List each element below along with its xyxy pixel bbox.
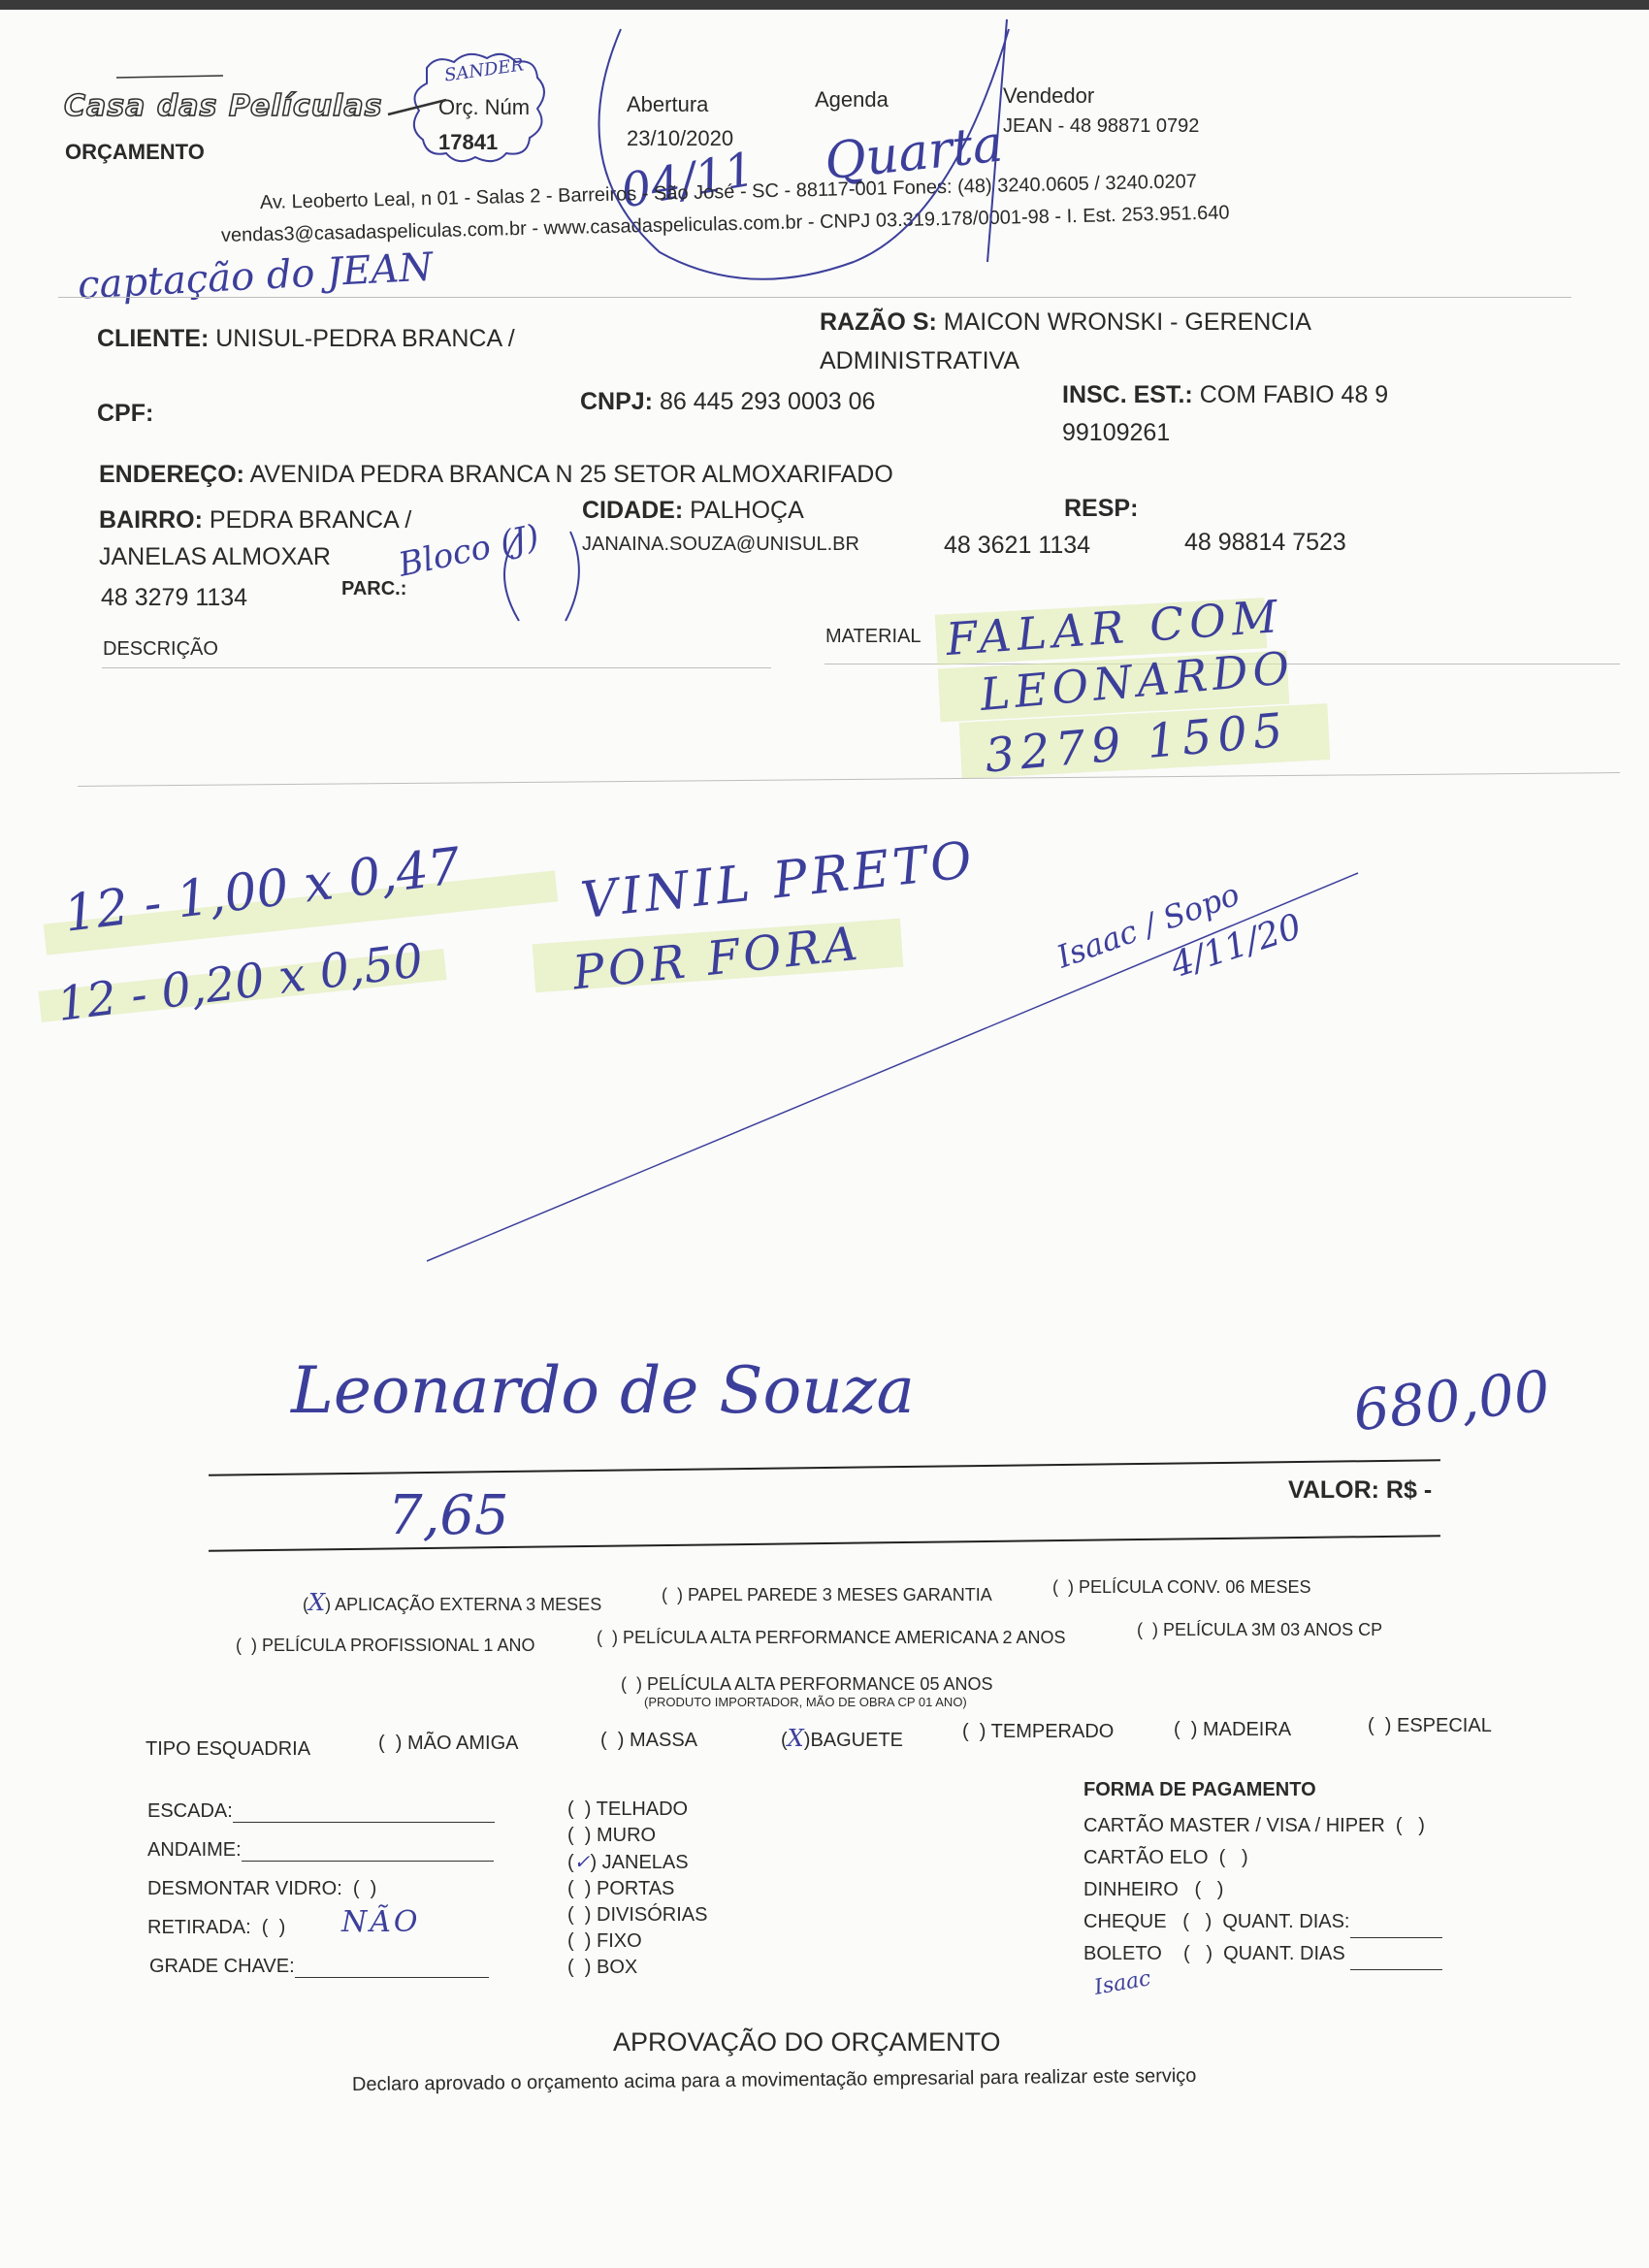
vendedor-value: JEAN - 48 98871 0792 — [1003, 115, 1199, 138]
valor-label: VALOR: R$ - — [1288, 1476, 1432, 1505]
location-option-checked[interactable]: (✓) JANELAS — [567, 1849, 707, 1876]
cliente-field: CLIENTE: UNISUL-PEDRA BRANCA / — [97, 325, 515, 353]
payment-option[interactable]: CHEQUE ( ) QUANT. DIAS: — [1083, 1906, 1442, 1938]
orc-num-label: Orç. Núm — [438, 95, 530, 120]
razao-field: RAZÃO S: MAICON WRONSKI - GERENCIA — [820, 308, 1311, 337]
checkbox[interactable]: ( ) — [662, 1585, 683, 1604]
handwritten-note: 7,65 — [388, 1484, 509, 1547]
endereco-field: ENDEREÇO: AVENIDA PEDRA BRANCA N 25 SETO… — [99, 461, 893, 489]
parc-label: PARC.: — [341, 578, 406, 600]
descricao-rule — [102, 667, 771, 668]
checkbox[interactable]: ( ) — [236, 1636, 257, 1655]
endereco-label: ENDEREÇO: — [99, 461, 244, 488]
esquadria-option[interactable]: ( ) ESPECIAL — [1368, 1715, 1492, 1737]
warranty-option-sub: (PRODUTO IMPORTADOR, MÃO DE OBRA CP 01 A… — [644, 1695, 967, 1709]
grade-input[interactable] — [295, 1960, 489, 1978]
escada-input[interactable] — [233, 1804, 495, 1823]
esquadria-option[interactable]: ( ) MADEIRA — [1174, 1719, 1291, 1741]
payment-option[interactable]: BOLETO ( ) QUANT. DIAS — [1083, 1938, 1442, 1970]
checkbox[interactable]: ( ) — [347, 1878, 376, 1899]
payment-option[interactable]: DINHEIRO ( ) — [1083, 1874, 1442, 1906]
pen-mark — [388, 100, 446, 114]
insc-value-2: 99109261 — [1062, 419, 1170, 447]
cnpj-field: CNPJ: 86 445 293 0003 06 — [580, 388, 875, 416]
phone-3: 48 3279 1134 — [101, 584, 247, 612]
orc-num: 17841 — [438, 130, 498, 155]
payment-option[interactable]: CARTÃO ELO ( ) — [1083, 1842, 1442, 1874]
bairro-handwritten: Bloco (J) — [395, 517, 542, 585]
esquadria-label: TIPO ESQUADRIA — [145, 1738, 310, 1761]
bairro-value-2: JANELAS ALMOXAR — [99, 543, 331, 571]
cidade-value: PALHOÇA — [690, 497, 804, 524]
location-option[interactable]: ( ) TELHADO — [567, 1797, 707, 1823]
payment-option[interactable]: CARTÃO MASTER / VISA / HIPER ( ) — [1083, 1810, 1442, 1842]
cheque-days-input[interactable] — [1350, 1920, 1442, 1938]
item-2-desc: POR FORA — [570, 917, 864, 1001]
email-value: JANAINA.SOUZA@UNISUL.BR — [582, 534, 859, 556]
warranty-option[interactable]: ( ) PELÍCULA CONV. 06 MESES — [1052, 1577, 1310, 1598]
retirada-field[interactable]: RETIRADA: ( ) — [147, 1917, 285, 1939]
warranty-option[interactable]: ( ) PELÍCULA ALTA PERFORMANCE 05 ANOS — [621, 1674, 992, 1695]
vendedor-label: Vendedor — [1003, 83, 1094, 109]
checkbox[interactable]: ( ) — [378, 1733, 402, 1754]
location-option[interactable]: ( ) MURO — [567, 1823, 707, 1849]
description-rule — [78, 772, 1620, 787]
handwritten-value: 680,00 — [1350, 1358, 1553, 1444]
warranty-option[interactable]: ( ) PAPEL PAREDE 3 MESES GARANTIA — [662, 1585, 992, 1605]
handwritten-name: Leonardo de Souza — [291, 1353, 915, 1428]
approval-title: APROVAÇÃO DO ORÇAMENTO — [613, 2027, 1001, 2057]
esquadria-option[interactable]: (X)BAGUETE — [781, 1725, 903, 1752]
total-rule-1 — [209, 1459, 1440, 1476]
checkbox[interactable]: ( ) — [600, 1730, 624, 1751]
cnpj-label: CNPJ: — [580, 388, 653, 415]
checkbox[interactable]: ( ) — [1368, 1715, 1391, 1736]
cnpj-value: 86 445 293 0003 06 — [660, 388, 875, 415]
bairro-label: BAIRRO: — [99, 506, 203, 534]
checkbox[interactable]: ( ) — [256, 1917, 285, 1938]
warranty-option[interactable]: (X) APLICAÇÃO EXTERNA 3 MESES — [303, 1589, 601, 1616]
phone-1: 48 3621 1134 — [944, 532, 1090, 560]
cliente-label: CLIENTE: — [97, 325, 209, 352]
doc-type: ORÇAMENTO — [65, 140, 205, 165]
location-option[interactable]: ( ) PORTAS — [567, 1876, 707, 1902]
warranty-option[interactable]: ( ) PELÍCULA ALTA PERFORMANCE AMERICANA … — [597, 1628, 1066, 1648]
checkbox[interactable]: ( ) — [962, 1721, 986, 1742]
checkbox[interactable]: ( ) — [1052, 1577, 1074, 1597]
location-option[interactable]: ( ) DIVISÓRIAS — [567, 1902, 707, 1928]
bairro-field: BAIRRO: PEDRA BRANCA / — [99, 506, 411, 535]
checkbox[interactable]: ( ) — [597, 1628, 618, 1647]
payment-title: FORMA DE PAGAMENTO — [1083, 1779, 1316, 1801]
payment-handwritten: Isaac — [1092, 1966, 1152, 2000]
bairro-value: PEDRA BRANCA / — [210, 506, 411, 534]
warranty-option[interactable]: ( ) PELÍCULA 3M 03 ANOS CP — [1137, 1620, 1382, 1640]
warranty-option[interactable]: ( ) PELÍCULA PROFISSIONAL 1 ANO — [236, 1636, 534, 1656]
locations-list: ( ) TELHADO ( ) MURO (✓) JANELAS ( ) POR… — [567, 1797, 707, 1981]
esquadria-option[interactable]: ( ) MASSA — [600, 1730, 697, 1752]
insc-value: COM FABIO 48 9 — [1200, 381, 1389, 408]
brand-logo: Casa das Películas — [64, 89, 382, 123]
esquadria-option[interactable]: ( ) MÃO AMIGA — [378, 1733, 518, 1755]
descricao-label: DESCRIÇÃO — [103, 638, 218, 661]
material-label: MATERIAL — [825, 626, 921, 648]
desmontar-field[interactable]: DESMONTAR VIDRO: ( ) — [147, 1878, 376, 1900]
location-option[interactable]: ( ) FIXO — [567, 1928, 707, 1955]
insc-label: INSC. EST.: — [1062, 381, 1193, 408]
grade-field[interactable]: GRADE CHAVE: — [149, 1956, 489, 1978]
andaime-field[interactable]: ANDAIME: — [147, 1839, 494, 1862]
checkbox-checked[interactable]: (X) — [781, 1730, 810, 1751]
checkbox[interactable]: ( ) — [1137, 1620, 1158, 1639]
razao-label: RAZÃO S: — [820, 308, 937, 336]
phone-2: 48 98814 7523 — [1184, 529, 1346, 557]
escada-field[interactable]: ESCADA: — [147, 1800, 495, 1823]
insc-field: INSC. EST.: COM FABIO 48 9 — [1062, 381, 1388, 409]
cidade-label: CIDADE: — [582, 497, 683, 524]
approval-text: Declaro aprovado o orçamento acima para … — [352, 2065, 1197, 2096]
checkbox-checked[interactable]: (X) — [303, 1595, 331, 1614]
checkbox[interactable]: ( ) — [621, 1674, 642, 1694]
cliente-value: UNISUL-PEDRA BRANCA / — [215, 325, 514, 352]
boleto-days-input[interactable] — [1350, 1952, 1442, 1970]
scan-edge — [0, 0, 1649, 10]
esquadria-option[interactable]: ( ) TEMPERADO — [962, 1721, 1114, 1743]
agenda-label: Agenda — [815, 87, 889, 113]
checkbox[interactable]: ( ) — [1174, 1719, 1197, 1740]
handwritten-captacao: captação do JEAN — [77, 244, 434, 308]
payment-options: CARTÃO MASTER / VISA / HIPER ( ) CARTÃO … — [1083, 1810, 1442, 1970]
retirada-handwritten: NÃO — [341, 1905, 421, 1939]
divider — [58, 297, 1571, 298]
razao-value-2: ADMINISTRATIVA — [820, 347, 1019, 375]
abertura-label: Abertura — [627, 92, 708, 117]
cidade-field: CIDADE: PALHOÇA — [582, 497, 804, 525]
cpf-label: CPF: — [97, 400, 153, 428]
orc-note-handwritten: SANDER — [443, 54, 525, 85]
resp-label: RESP: — [1064, 495, 1138, 523]
endereco-value: AVENIDA PEDRA BRANCA N 25 SETOR ALMOXARI… — [250, 461, 893, 488]
andaime-input[interactable] — [242, 1843, 494, 1862]
razao-value: MAICON WRONSKI - GERENCIA — [944, 308, 1311, 336]
location-option[interactable]: ( ) BOX — [567, 1955, 707, 1981]
item-1-desc: VINIL PRETO — [578, 831, 979, 930]
